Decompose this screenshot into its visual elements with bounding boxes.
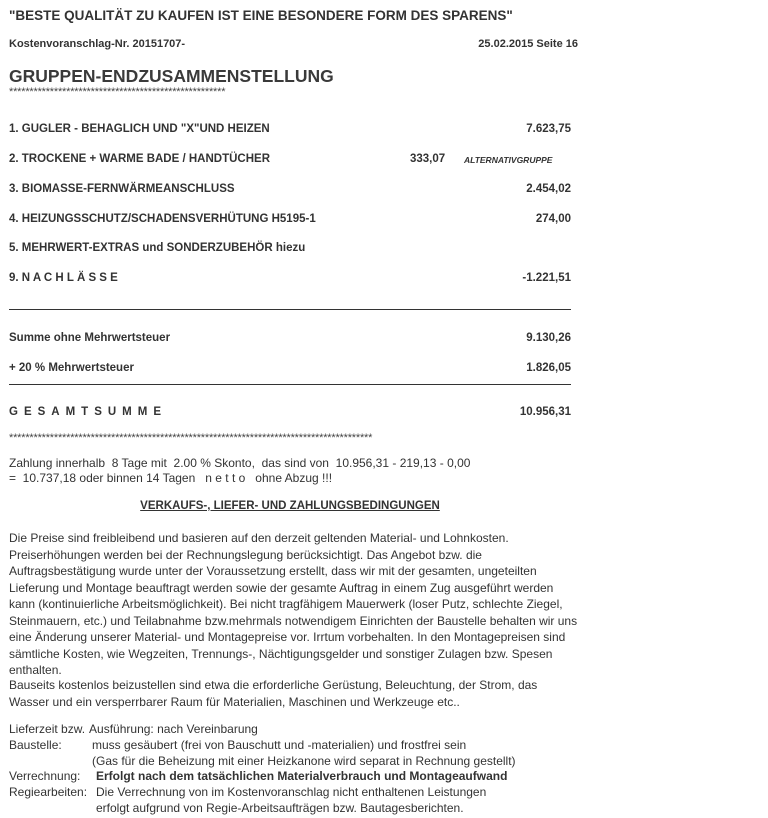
term-row: Verrechnung:Erfolgt nach dem tatsächlich… [9, 769, 516, 785]
net-total-row: Summe ohne Mehrwertsteuer 9.130,26 [9, 332, 571, 350]
title-stars-divider: ****************************************… [9, 86, 225, 98]
group-row: 3. BIOMASSE-FERNWÄRMEANSCHLUSS 2.454,02 [9, 183, 571, 201]
term-row: Regiearbeiten:Die Verrechnung von im Kos… [9, 785, 516, 801]
group-label: 9. N A C H L Ä S S E [9, 272, 118, 284]
group-label: 2. TROCKENE + WARME BADE / HANDTÜCHER [9, 153, 270, 165]
group-row: 1. GUGLER - BEHAGLICH UND "X"UND HEIZEN … [9, 123, 571, 141]
group-label: 5. MEHRWERT-EXTRAS und SONDERZUBEHÖR hie… [9, 242, 305, 254]
term-value: Die Verrechnung von im Kostenvoranschlag… [96, 785, 486, 801]
payment-line-2: = 10.737,18 oder binnen 14 Tagen n e t t… [9, 471, 332, 485]
group-row: 2. TROCKENE + WARME BADE / HANDTÜCHER 33… [9, 153, 571, 171]
net-total-label: Summe ohne Mehrwertsteuer [9, 332, 170, 344]
conditions-paragraph: Bauseits kostenlos beizustellen sind etw… [9, 677, 579, 710]
divider [9, 309, 571, 310]
group-label: 3. BIOMASSE-FERNWÄRMEANSCHLUSS [9, 183, 235, 195]
term-value: muss gesäubert (frei von Bauschutt und -… [92, 738, 466, 754]
motto: "BESTE QUALITÄT ZU KAUFEN IST EINE BESON… [9, 8, 513, 23]
term-row: erfolgt aufgrund von Regie-Arbeitsaufträ… [9, 801, 516, 817]
alternative-group-label: ALTERNATIVGRUPPE [464, 155, 552, 165]
stars-divider: ****************************************… [9, 432, 372, 444]
grand-total-label: GESAMTSUMME [9, 406, 167, 418]
term-key [9, 801, 96, 817]
term-value: Ausführung: nach Vereinbarung [89, 722, 258, 738]
page-title: GRUPPEN-ENDZUSAMMENSTELLUNG [9, 66, 334, 87]
date-page: 25.02.2015 Seite 16 [478, 38, 578, 50]
group-label: 1. GUGLER - BEHAGLICH UND "X"UND HEIZEN [9, 123, 270, 135]
group-row: 4. HEIZUNGSSCHUTZ/SCHADENSVERHÜTUNG H519… [9, 213, 571, 231]
estimate-number: Kostenvoranschlag-Nr. 20151707- [9, 38, 185, 50]
term-row: (Gas für die Beheizung mit einer Heizkan… [9, 754, 516, 770]
term-value: erfolgt aufgrund von Regie-Arbeitsaufträ… [96, 801, 464, 817]
vat-row: + 20 % Mehrwertsteuer 1.826,05 [9, 362, 571, 380]
group-amount: 7.623,75 [526, 123, 571, 135]
conditions-paragraph: Die Preise sind freibleibend und basiere… [9, 530, 579, 679]
term-value: Erfolgt nach dem tatsächlichen Materialv… [96, 769, 507, 785]
conditions-title: VERKAUFS-, LIEFER- UND ZAHLUNGSBEDINGUNG… [0, 500, 580, 512]
terms-list: Lieferzeit bzw.Ausführung: nach Vereinba… [9, 722, 516, 817]
group-label: 4. HEIZUNGSSCHUTZ/SCHADENSVERHÜTUNG H519… [9, 213, 316, 225]
group-row: 9. N A C H L Ä S S E -1.221,51 [9, 272, 571, 290]
group-amount: 2.454,02 [526, 183, 571, 195]
payment-terms: Zahlung innerhalb 8 Tage mit 2.00 % Skon… [9, 456, 470, 486]
grand-total-amount: 10.956,31 [520, 406, 571, 418]
term-key: Verrechnung: [9, 769, 96, 785]
grand-total-row: GESAMTSUMME 10.956,31 [9, 406, 571, 424]
divider [9, 384, 571, 385]
term-row: Baustelle:muss gesäubert (frei von Bausc… [9, 738, 516, 754]
group-alt-amount: 333,07 [410, 153, 445, 165]
term-row: Lieferzeit bzw.Ausführung: nach Vereinba… [9, 722, 516, 738]
term-key: Baustelle: [9, 738, 92, 754]
vat-amount: 1.826,05 [526, 362, 571, 374]
term-key [9, 754, 92, 770]
term-value: (Gas für die Beheizung mit einer Heizkan… [92, 754, 516, 770]
vat-label: + 20 % Mehrwertsteuer [9, 362, 134, 374]
payment-line-1: Zahlung innerhalb 8 Tage mit 2.00 % Skon… [9, 456, 470, 470]
group-amount: 274,00 [536, 213, 571, 225]
term-key: Regiearbeiten: [9, 785, 96, 801]
net-total-amount: 9.130,26 [526, 332, 571, 344]
term-key: Lieferzeit bzw. [9, 722, 85, 738]
group-row: 5. MEHRWERT-EXTRAS und SONDERZUBEHÖR hie… [9, 242, 571, 260]
group-amount: -1.221,51 [522, 272, 571, 284]
